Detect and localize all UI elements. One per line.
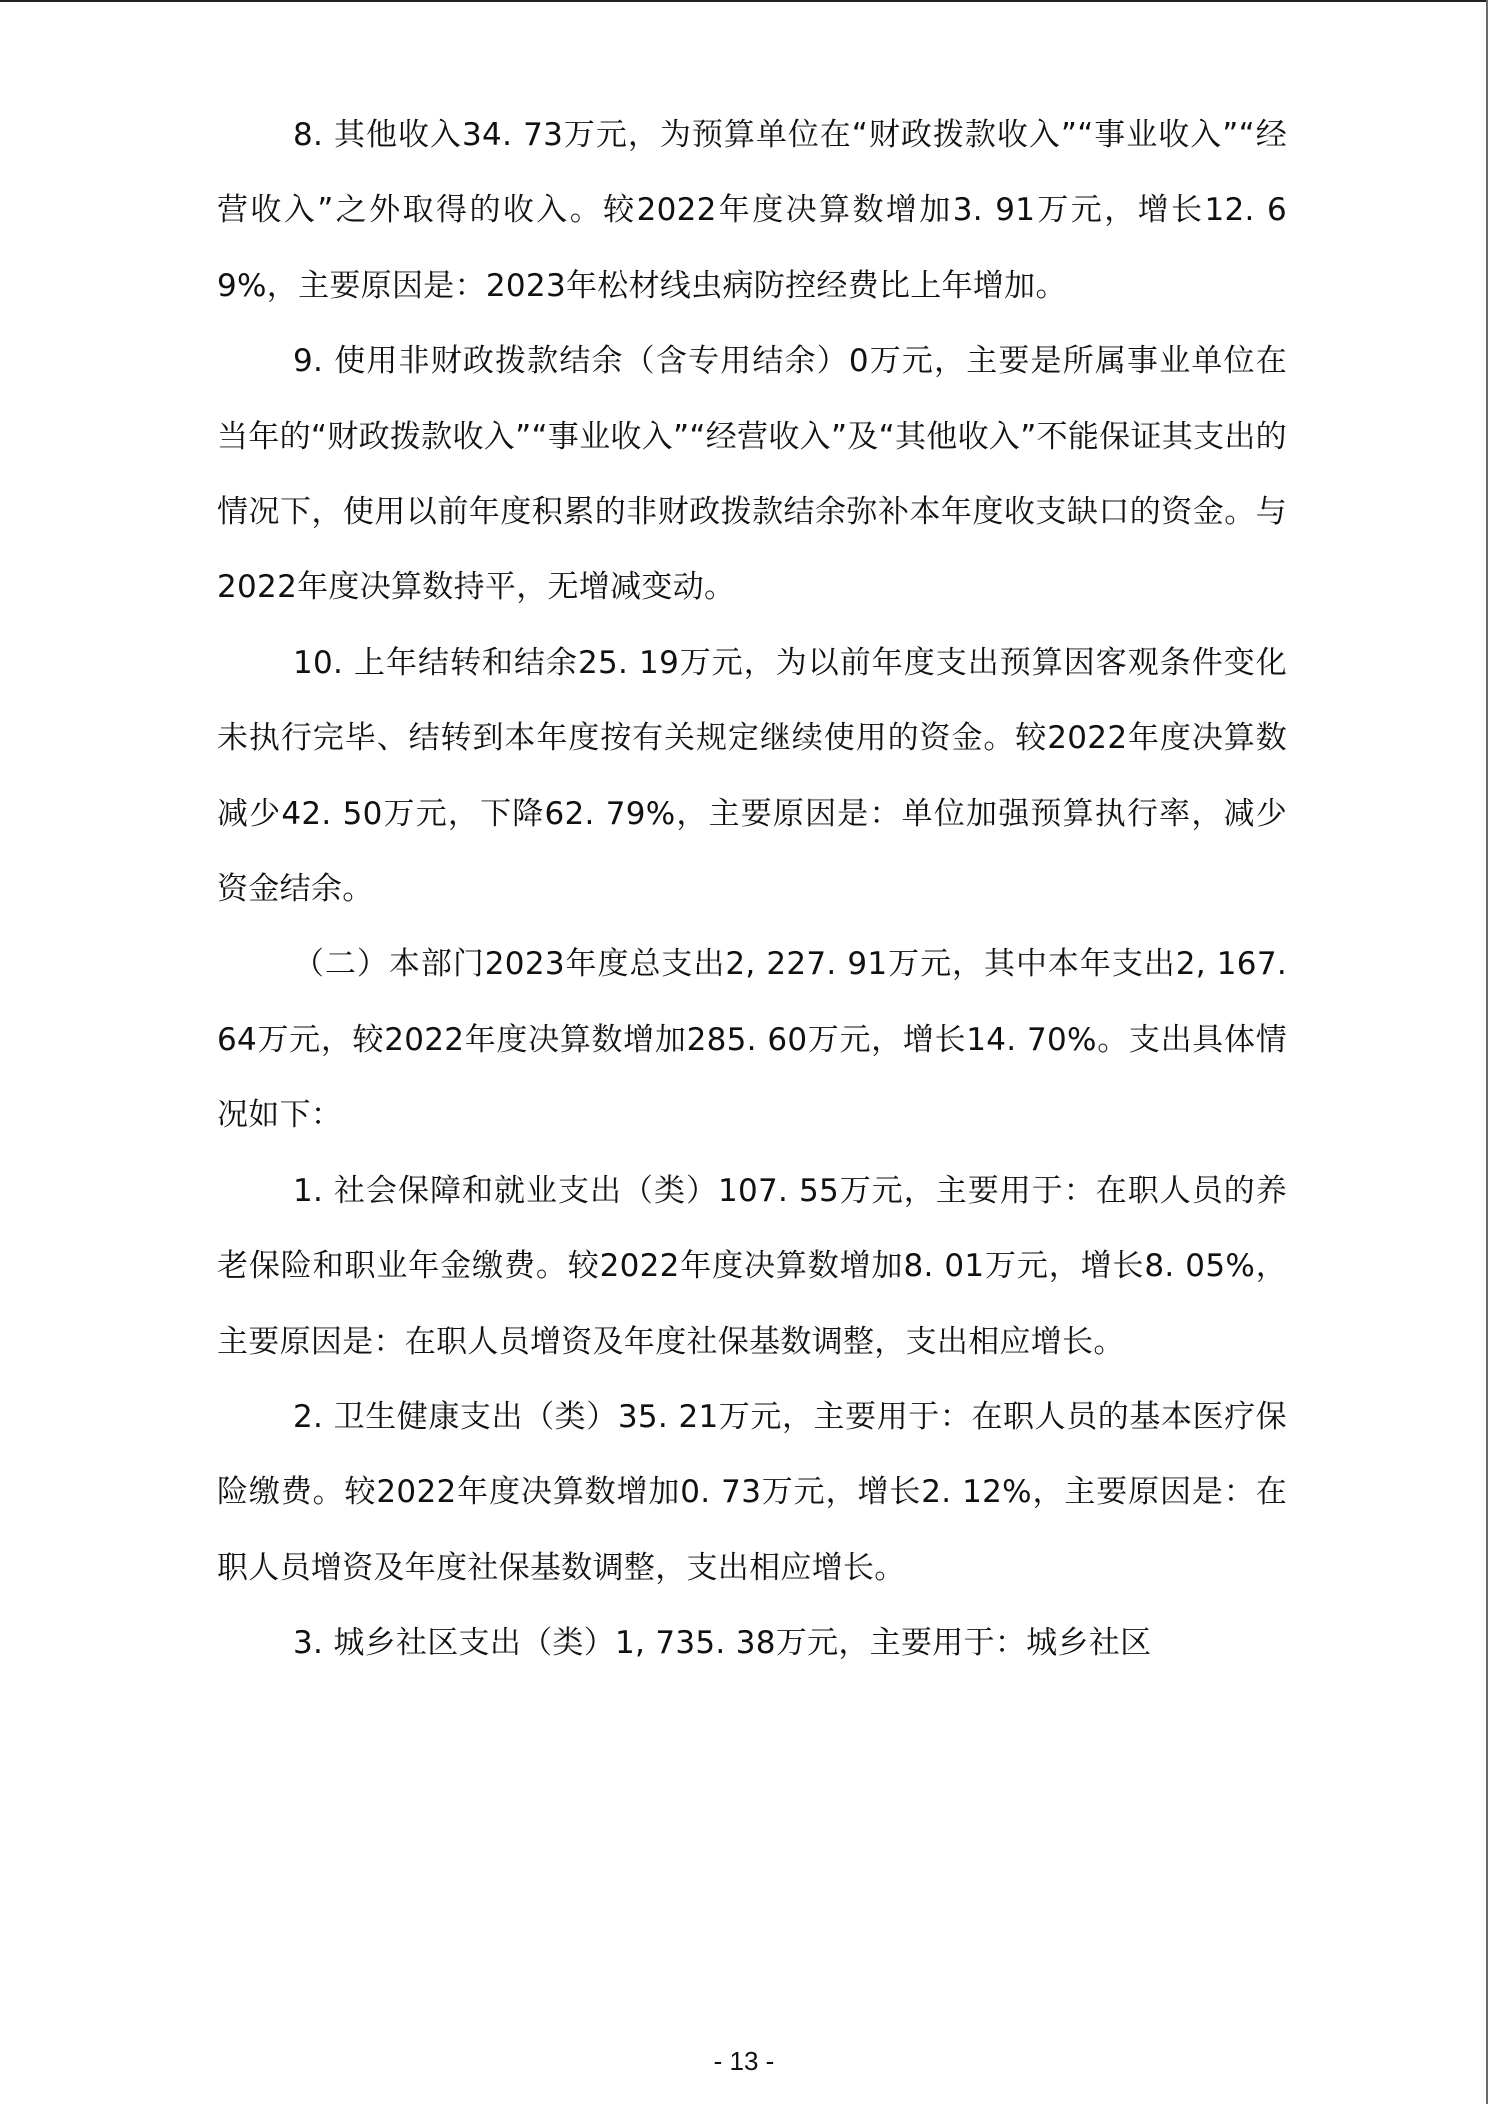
page-top-border [0, 0, 1488, 2]
page-number: - 13 - [0, 2046, 1488, 2077]
paragraph-prior-year-carryover: 10. 上年结转和结余25. 19万元，为以前年度支出预算因客观条件变化未执行完… [217, 626, 1287, 928]
paragraph-urban-rural-expenditure: 3. 城乡社区支出（类）1, 735. 38万元，主要用于：城乡社区 [217, 1606, 1287, 1681]
document-body: 8. 其他收入34. 73万元，为预算单位在“财政拨款收入”“事业收入”“经营收… [217, 98, 1287, 1682]
paragraph-health-expenditure: 2. 卫生健康支出（类）35. 21万元，主要用于：在职人员的基本医疗保险缴费。… [217, 1380, 1287, 1606]
paragraph-other-income: 8. 其他收入34. 73万元，为预算单位在“财政拨款收入”“事业收入”“经营收… [217, 98, 1287, 324]
paragraph-total-expenditure: （二）本部门2023年度总支出2, 227. 91万元，其中本年支出2, 167… [217, 927, 1287, 1153]
paragraph-non-fiscal-balance: 9. 使用非财政拨款结余（含专用结余）0万元，主要是所属事业单位在当年的“财政拨… [217, 324, 1287, 626]
paragraph-social-security-expenditure: 1. 社会保障和就业支出（类）107. 55万元，主要用于：在职人员的养老保险和… [217, 1154, 1287, 1380]
